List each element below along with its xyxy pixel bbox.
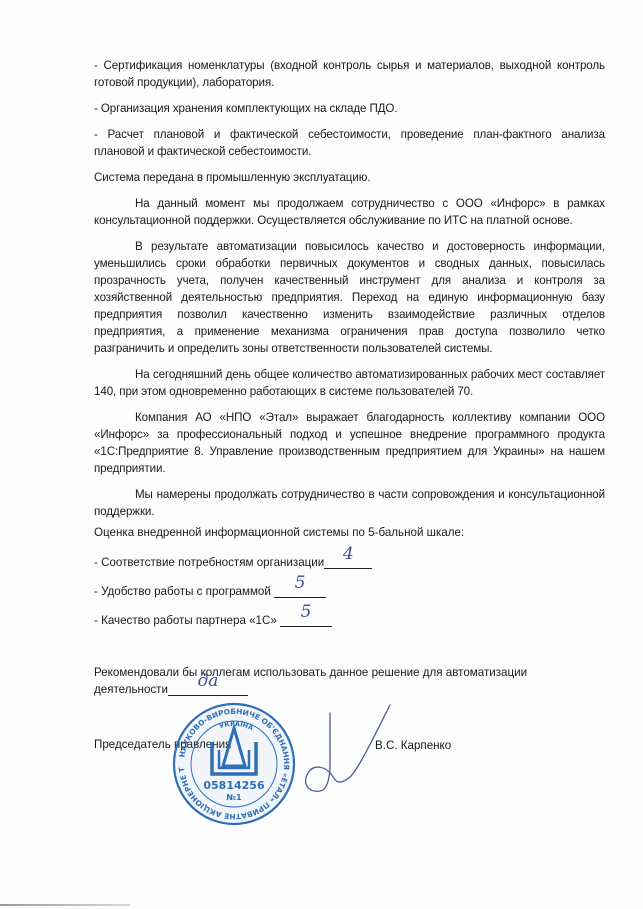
rating-label: - Качество работы партнера «1С»: [94, 614, 280, 627]
rating-item-needs: - Соответствие потребностям организации4: [94, 554, 372, 571]
paragraph-storage: - Организация хранения комплектующих на …: [94, 100, 605, 117]
paragraph-cooperation: Мы намерены продолжать сотрудничество в …: [94, 486, 605, 520]
rating-label: - Соответствие потребностям организации: [94, 556, 324, 569]
scan-edge-divider: [0, 904, 130, 906]
rating-heading: Оценка внедренной информационной системы…: [94, 524, 464, 541]
signatory-name: В.С. Карпенко: [375, 737, 451, 754]
handwritten-value: 5: [274, 575, 326, 592]
recommend-label: деятельности: [94, 683, 168, 696]
paragraph-results: В результате автоматизации повысилось ка…: [94, 238, 605, 357]
document-page: - Сертификация номенклатуры (входной кон…: [0, 0, 643, 909]
handwritten-value: 5: [280, 604, 332, 621]
rating-value-field: 5: [274, 583, 326, 598]
paragraph-costing: - Расчет плановой и фактической себестои…: [94, 126, 605, 160]
recommend-line-1: Рекомендовали бы коллегам использовать д…: [94, 664, 527, 681]
paragraph-gratitude: Компания АО «НПО «Этал» выражает благода…: [94, 409, 605, 477]
paragraph-workplaces: На сегодняшний день общее количество авт…: [94, 366, 605, 400]
handwritten-value: 4: [324, 546, 372, 563]
rating-item-usability: - Удобство работы с программой 5: [94, 583, 326, 600]
document-body: - Сертификация номенклатуры (входной кон…: [94, 57, 605, 520]
recommend-value-field: да: [168, 681, 248, 696]
company-stamp-icon: НАУКОВО-ВИРОБНИЧЕ ОБ'ЄДНАННЯ «ЕТАЛ» ПРИВ…: [172, 702, 296, 826]
rating-item-partner: - Качество работы партнера «1С» 5: [94, 612, 332, 629]
rating-value-field: 4: [324, 554, 372, 569]
paragraph-support: На данный момент мы продолжаем сотруднич…: [94, 195, 605, 229]
recommend-line-2: деятельностида: [94, 681, 248, 698]
svg-text:05814256: 05814256: [203, 779, 265, 792]
rating-label: - Удобство работы с программой: [94, 585, 274, 598]
paragraph-certification: - Сертификация номенклатуры (входной кон…: [94, 57, 605, 91]
paragraph-operation: Система передана в промышленную эксплуат…: [94, 169, 605, 186]
rating-value-field: 5: [280, 612, 332, 627]
svg-text:№1: №1: [226, 793, 242, 802]
handwritten-value: да: [168, 673, 248, 690]
